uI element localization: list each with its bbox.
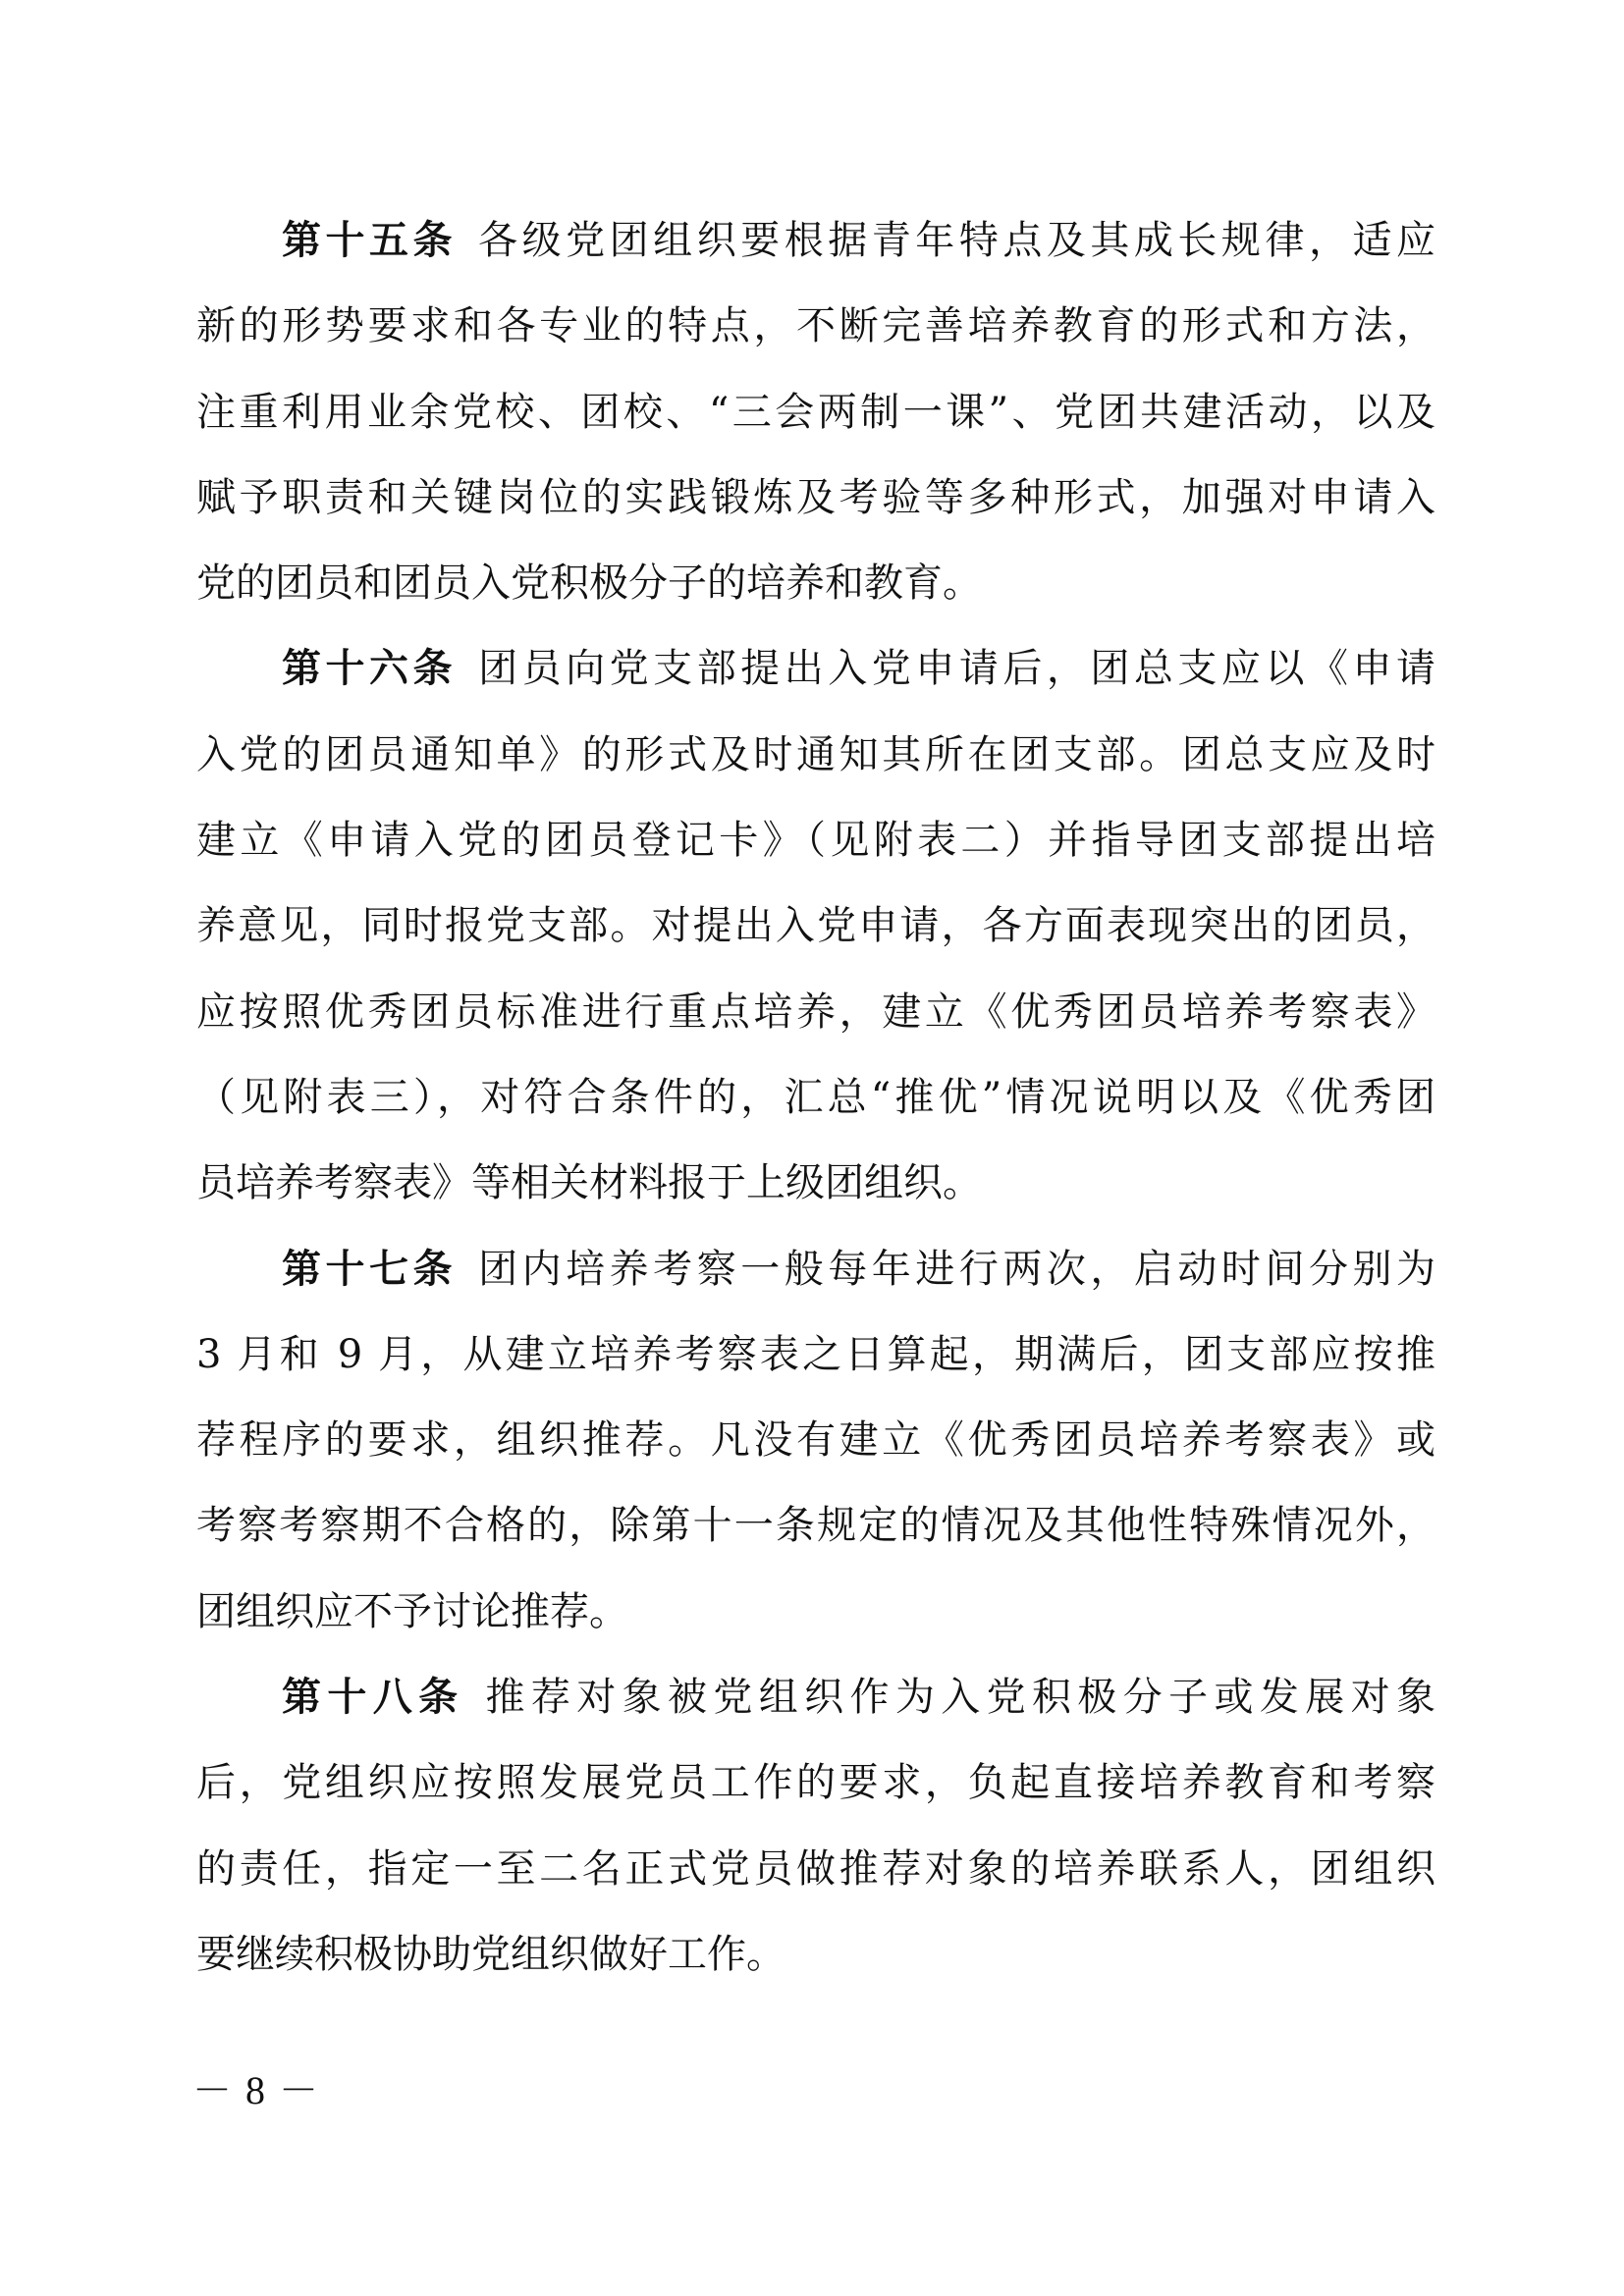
article-line: 后，党组织应按照发展党员工作的要求，负起直接培养教育和考察 bbox=[196, 1752, 1435, 1838]
article-line: 3 月和 9 月，从建立培养考察表之日算起，期满后，团支部应按推 bbox=[196, 1324, 1435, 1410]
article-17: 第十七条团内培养考察一般每年进行两次，启动时间分别为 3 月和 9 月，从建立培… bbox=[196, 1239, 1435, 1667]
article-18: 第十八条推荐对象被党组织作为入党积极分子或发展对象 后，党组织应按照发展党员工作… bbox=[196, 1667, 1435, 2009]
document-page: 第十五条各级党团组织要根据青年特点及其成长规律，适应 新的形势要求和各专业的特点… bbox=[0, 0, 1624, 2296]
article-title: 第十五条 bbox=[282, 218, 457, 263]
article-line: 团组织应不予讨论推荐。 bbox=[196, 1581, 1435, 1667]
page-number: － 8 － bbox=[192, 2059, 320, 2115]
article-line: 党的团员和团员入党积极分子的培养和教育。 bbox=[196, 553, 1435, 638]
article-first-line: 第十八条推荐对象被党组织作为入党积极分子或发展对象 bbox=[196, 1667, 1435, 1752]
article-first-line: 第十七条团内培养考察一般每年进行两次，启动时间分别为 bbox=[196, 1239, 1435, 1324]
article-first-line: 第十五条各级党团组织要根据青年特点及其成长规律，适应 bbox=[196, 210, 1435, 295]
article-title: 第十七条 bbox=[282, 1247, 457, 1292]
article-line: 入党的团员通知单》的形式及时通知其所在团支部。团总支应及时 bbox=[196, 724, 1435, 810]
article-15: 第十五条各级党团组织要根据青年特点及其成长规律，适应 新的形势要求和各专业的特点… bbox=[196, 210, 1435, 638]
article-line: 新的形势要求和各专业的特点，不断完善培养教育的形式和方法， bbox=[196, 295, 1435, 381]
article-line: 考察考察期不合格的，除第十一条规定的情况及其他性特殊情况外， bbox=[196, 1495, 1435, 1580]
article-line: 要继续积极协助党组织做好工作。 bbox=[196, 1924, 1435, 2009]
article-title: 第十八条 bbox=[282, 1675, 464, 1720]
article-16: 第十六条团员向党支部提出入党申请后，团总支应以《申请 入党的团员通知单》的形式及… bbox=[196, 638, 1435, 1238]
article-line: 荐程序的要求，组织推荐。凡没有建立《优秀团员培养考察表》或 bbox=[196, 1410, 1435, 1495]
article-line: 建立《申请入党的团员登记卡》（见附表二）并指导团支部提出培 bbox=[196, 810, 1435, 895]
article-line: 赋予职责和关键岗位的实践锻炼及考验等多种形式，加强对申请入 bbox=[196, 467, 1435, 553]
article-title: 第十六条 bbox=[282, 646, 457, 691]
document-body: 第十五条各级党团组织要根据青年特点及其成长规律，适应 新的形势要求和各专业的特点… bbox=[196, 210, 1435, 2009]
article-line: 养意见，同时报党支部。对提出入党申请，各方面表现突出的团员， bbox=[196, 895, 1435, 981]
article-line: （见附表三），对符合条件的，汇总“推优”情况说明以及《优秀团 bbox=[196, 1067, 1435, 1152]
article-line: 的责任，指定一至二名正式党员做推荐对象的培养联系人，团组织 bbox=[196, 1839, 1435, 1924]
article-line: 注重利用业余党校、团校、“三会两制一课”、党团共建活动，以及 bbox=[196, 382, 1435, 467]
article-line: 应按照优秀团员标准进行重点培养，建立《优秀团员培养考察表》 bbox=[196, 982, 1435, 1067]
article-first-line: 第十六条团员向党支部提出入党申请后，团总支应以《申请 bbox=[196, 638, 1435, 723]
article-line: 员培养考察表》等相关材料报于上级团组织。 bbox=[196, 1152, 1435, 1238]
